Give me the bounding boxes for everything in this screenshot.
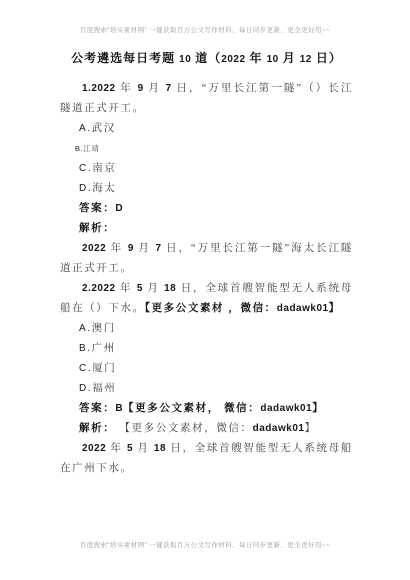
q2-analysis-body: 2022 年 5 月 18 日，全球首艘智能型无人系统母船在广州下水。 <box>60 439 353 479</box>
text-run: 】 <box>304 423 316 434</box>
text-run-emphasis: B. <box>75 144 83 153</box>
text-run: 澳门 <box>92 323 116 334</box>
text-run: 年 <box>106 243 128 254</box>
text-run-emphasis: 10 <box>267 54 279 65</box>
text-run-emphasis: dadawk01 <box>260 403 312 414</box>
text-run: 海太 <box>92 183 116 194</box>
text-run: 年 <box>106 443 127 454</box>
text-run: 福州 <box>92 383 116 394</box>
text-run-emphasis: 12 <box>300 54 312 65</box>
q2-stem: 2.2022 年 5 月 18 日，全球首艘智能型无人系统母船在（）下水。【更多… <box>60 279 353 319</box>
text-run: 月 <box>134 243 156 254</box>
header-watermark: 百度搜索“培实素材网” 一键获取百万公文写作材料、每日同步更新、更全更好用~~ <box>0 25 410 34</box>
text-run: 月 <box>133 443 154 454</box>
text-run: 年 <box>246 51 267 65</box>
text-run-emphasis: B. <box>79 343 92 354</box>
text-run-emphasis: dadawk01 <box>277 303 329 314</box>
text-run-emphasis: 答案： <box>79 203 115 214</box>
text-run: 南京 <box>92 163 116 174</box>
text-run-emphasis: dadawk01 <box>253 423 305 434</box>
text-run-emphasis: A. <box>79 323 92 334</box>
q2-option-b: B.广州 <box>60 339 353 359</box>
text-run-emphasis: B <box>115 403 123 414</box>
text-run: 厦门 <box>92 363 116 374</box>
text-run-emphasis: 2022 <box>82 443 106 454</box>
q2-analysis-label: 解析： 【更多公文素材，微信：dadawk01】 <box>60 419 353 439</box>
text-run: 月 <box>279 51 300 65</box>
text-run-emphasis: 解析： <box>79 423 115 434</box>
text-run-emphasis: C. <box>79 363 92 374</box>
q1-analysis-body: 2022 年 9 月 7 日，“万里长江第一隧”海太长江隧道正式开工。 <box>60 239 353 279</box>
q1-answer: 答案：D <box>60 199 353 219</box>
text-run: 武汉 <box>92 123 116 134</box>
text-run-emphasis: 2.2022 <box>82 283 116 294</box>
text-run-emphasis: D <box>115 203 123 214</box>
text-run: 月 <box>144 83 166 94</box>
q2-option-c: C.厦门 <box>60 359 353 379</box>
text-run: 公考遴选每日考题 <box>71 51 179 65</box>
q1-option-d: D.海太 <box>60 179 353 199</box>
text-run-emphasis: 答案： <box>79 403 115 414</box>
text-run-emphasis: C. <box>79 163 92 174</box>
q1-option-c: C.南京 <box>60 159 353 179</box>
text-run: 月 <box>143 283 164 294</box>
text-run: 年 <box>116 83 138 94</box>
text-run-emphasis: 】 <box>329 303 341 314</box>
q1-stem: 1.2022 年 9 月 7 日，“万里长江第一隧”（）长江隧道正式开工。 <box>60 79 353 119</box>
text-run-emphasis: 10 <box>179 54 191 65</box>
q1-analysis-label: 解析： <box>60 219 353 239</box>
doc-title: 公考遴选每日考题 10 道（2022 年 10 月 12 日） <box>60 48 353 70</box>
text-run-emphasis: 2022 <box>221 54 245 65</box>
text-run: 日） <box>312 51 342 65</box>
text-run: 道（ <box>191 51 221 65</box>
document-body: 公考遴选每日考题 10 道（2022 年 10 月 12 日）1.2022 年 … <box>60 48 353 479</box>
text-run-emphasis: 【更多公文素材， 微信： <box>123 403 260 414</box>
text-run: 广州 <box>92 343 116 354</box>
text-run-emphasis: 18 <box>154 443 166 454</box>
text-run: 年 <box>116 283 137 294</box>
text-run: 【更多公文素材，微信： <box>115 423 252 434</box>
q1-option-a: A.武汉 <box>60 119 353 139</box>
text-run-emphasis: 解析： <box>79 223 115 234</box>
text-run-emphasis: D. <box>79 383 92 394</box>
text-run-emphasis: 1.2022 <box>82 83 116 94</box>
text-run-emphasis: 2022 <box>82 243 106 254</box>
text-run-emphasis: 【更多公文素材 ，微信： <box>145 303 277 314</box>
text-run: 江靖 <box>83 144 99 153</box>
footer-watermark: 百度搜索“培实素材网” 一键获取百万公文写作材料、每日同步更新、更全更好用~~ <box>0 540 410 549</box>
q1-option-b: B.江靖 <box>60 139 353 159</box>
q2-option-a: A.澳门 <box>60 319 353 339</box>
document-page: 百度搜索“培实素材网” 一键获取百万公文写作材料、每日同步更新、更全更好用~~ … <box>0 0 410 580</box>
text-run-emphasis: A. <box>79 123 92 134</box>
q2-answer: 答案：B【更多公文素材， 微信：dadawk01】 <box>60 399 353 419</box>
text-run-emphasis: 18 <box>164 283 176 294</box>
q2-option-d: D.福州 <box>60 379 353 399</box>
text-run-emphasis: 】 <box>312 403 324 414</box>
text-run-emphasis: D. <box>79 183 92 194</box>
